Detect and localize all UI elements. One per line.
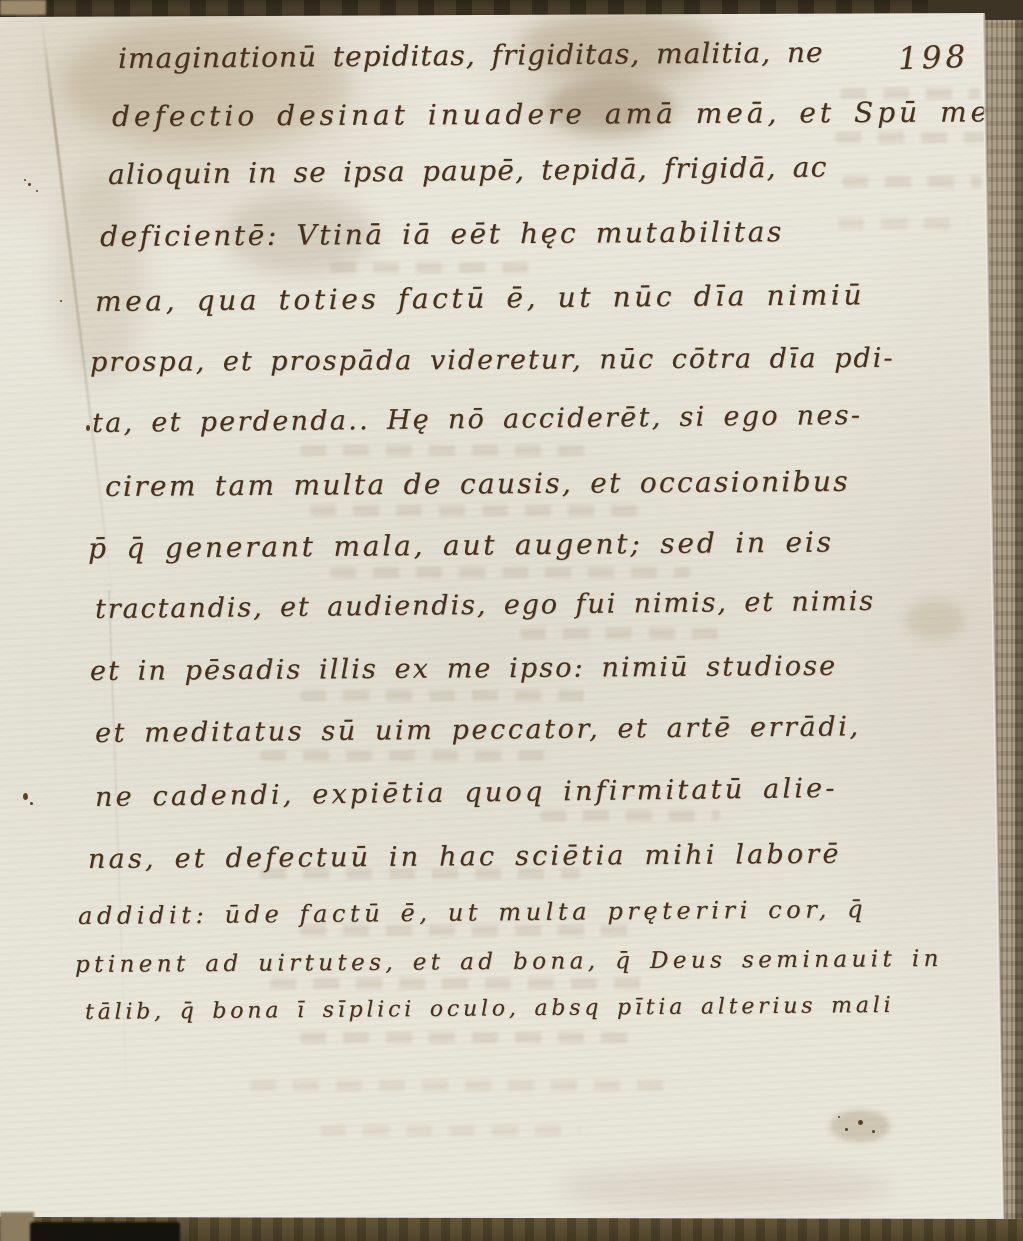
text-line: p̄ q̄ generant mala, aut augent; sed in … [88, 525, 834, 565]
showthrough-line [540, 810, 720, 821]
showthrough-line [520, 628, 720, 639]
ink-speck [28, 183, 31, 186]
binding-corner [0, 0, 46, 15]
text-line: nas, et defectuū in hac sciētia mihi lab… [88, 839, 842, 875]
showthrough-line [310, 505, 640, 516]
showthrough-line [300, 690, 590, 701]
binding-corner [0, 1212, 34, 1241]
ink-speck [36, 190, 38, 192]
text-line: deficientē: Vtinā iā eēt hęc mutabilitas [100, 215, 784, 253]
text-line: cirem tam multa de causis, et occasionib… [105, 465, 850, 503]
showthrough-line [270, 978, 650, 989]
shadow-patch [30, 1222, 180, 1241]
showthrough-line [330, 262, 540, 273]
ink-speck [872, 1130, 875, 1133]
text-line: defectio desinat inuadere amā meā, et Sp… [112, 95, 1013, 133]
showthrough-line [320, 1125, 580, 1136]
page-number: 198 [897, 39, 969, 77]
text-line: et in pēsadis illis ex me ipso: nimiū st… [90, 651, 837, 687]
ink-speck [23, 793, 28, 800]
stain [830, 1110, 890, 1142]
text-line: imaginationū tepiditas, frigiditas, mali… [118, 36, 824, 75]
ink-speck [60, 300, 62, 302]
showthrough-line [330, 567, 690, 578]
text-line: prospa, et prospāda videretur, nūc cōtra… [90, 343, 895, 378]
ink-speck [858, 1120, 863, 1125]
showthrough-line [838, 218, 968, 229]
ink-speck [838, 1116, 840, 1118]
showthrough-line [835, 132, 985, 143]
ink-speck [845, 1128, 848, 1131]
stain [905, 600, 965, 640]
showthrough-line [260, 750, 560, 761]
stain [560, 1165, 890, 1210]
showthrough-line [300, 1032, 630, 1043]
ink-speck [86, 425, 90, 431]
book-photo: 198 imaginationū tepiditas, frigiditas, … [0, 0, 1023, 1241]
showthrough-line [300, 445, 600, 456]
manuscript-page: 198 imaginationū tepiditas, frigiditas, … [0, 0, 1023, 1241]
ink-speck [30, 802, 33, 805]
ink-speck [24, 179, 26, 181]
showthrough-line [250, 1080, 670, 1091]
showthrough-line [842, 176, 982, 187]
text-line: mea, qua toties factū ē, ut nūc dīa nimi… [95, 278, 865, 318]
